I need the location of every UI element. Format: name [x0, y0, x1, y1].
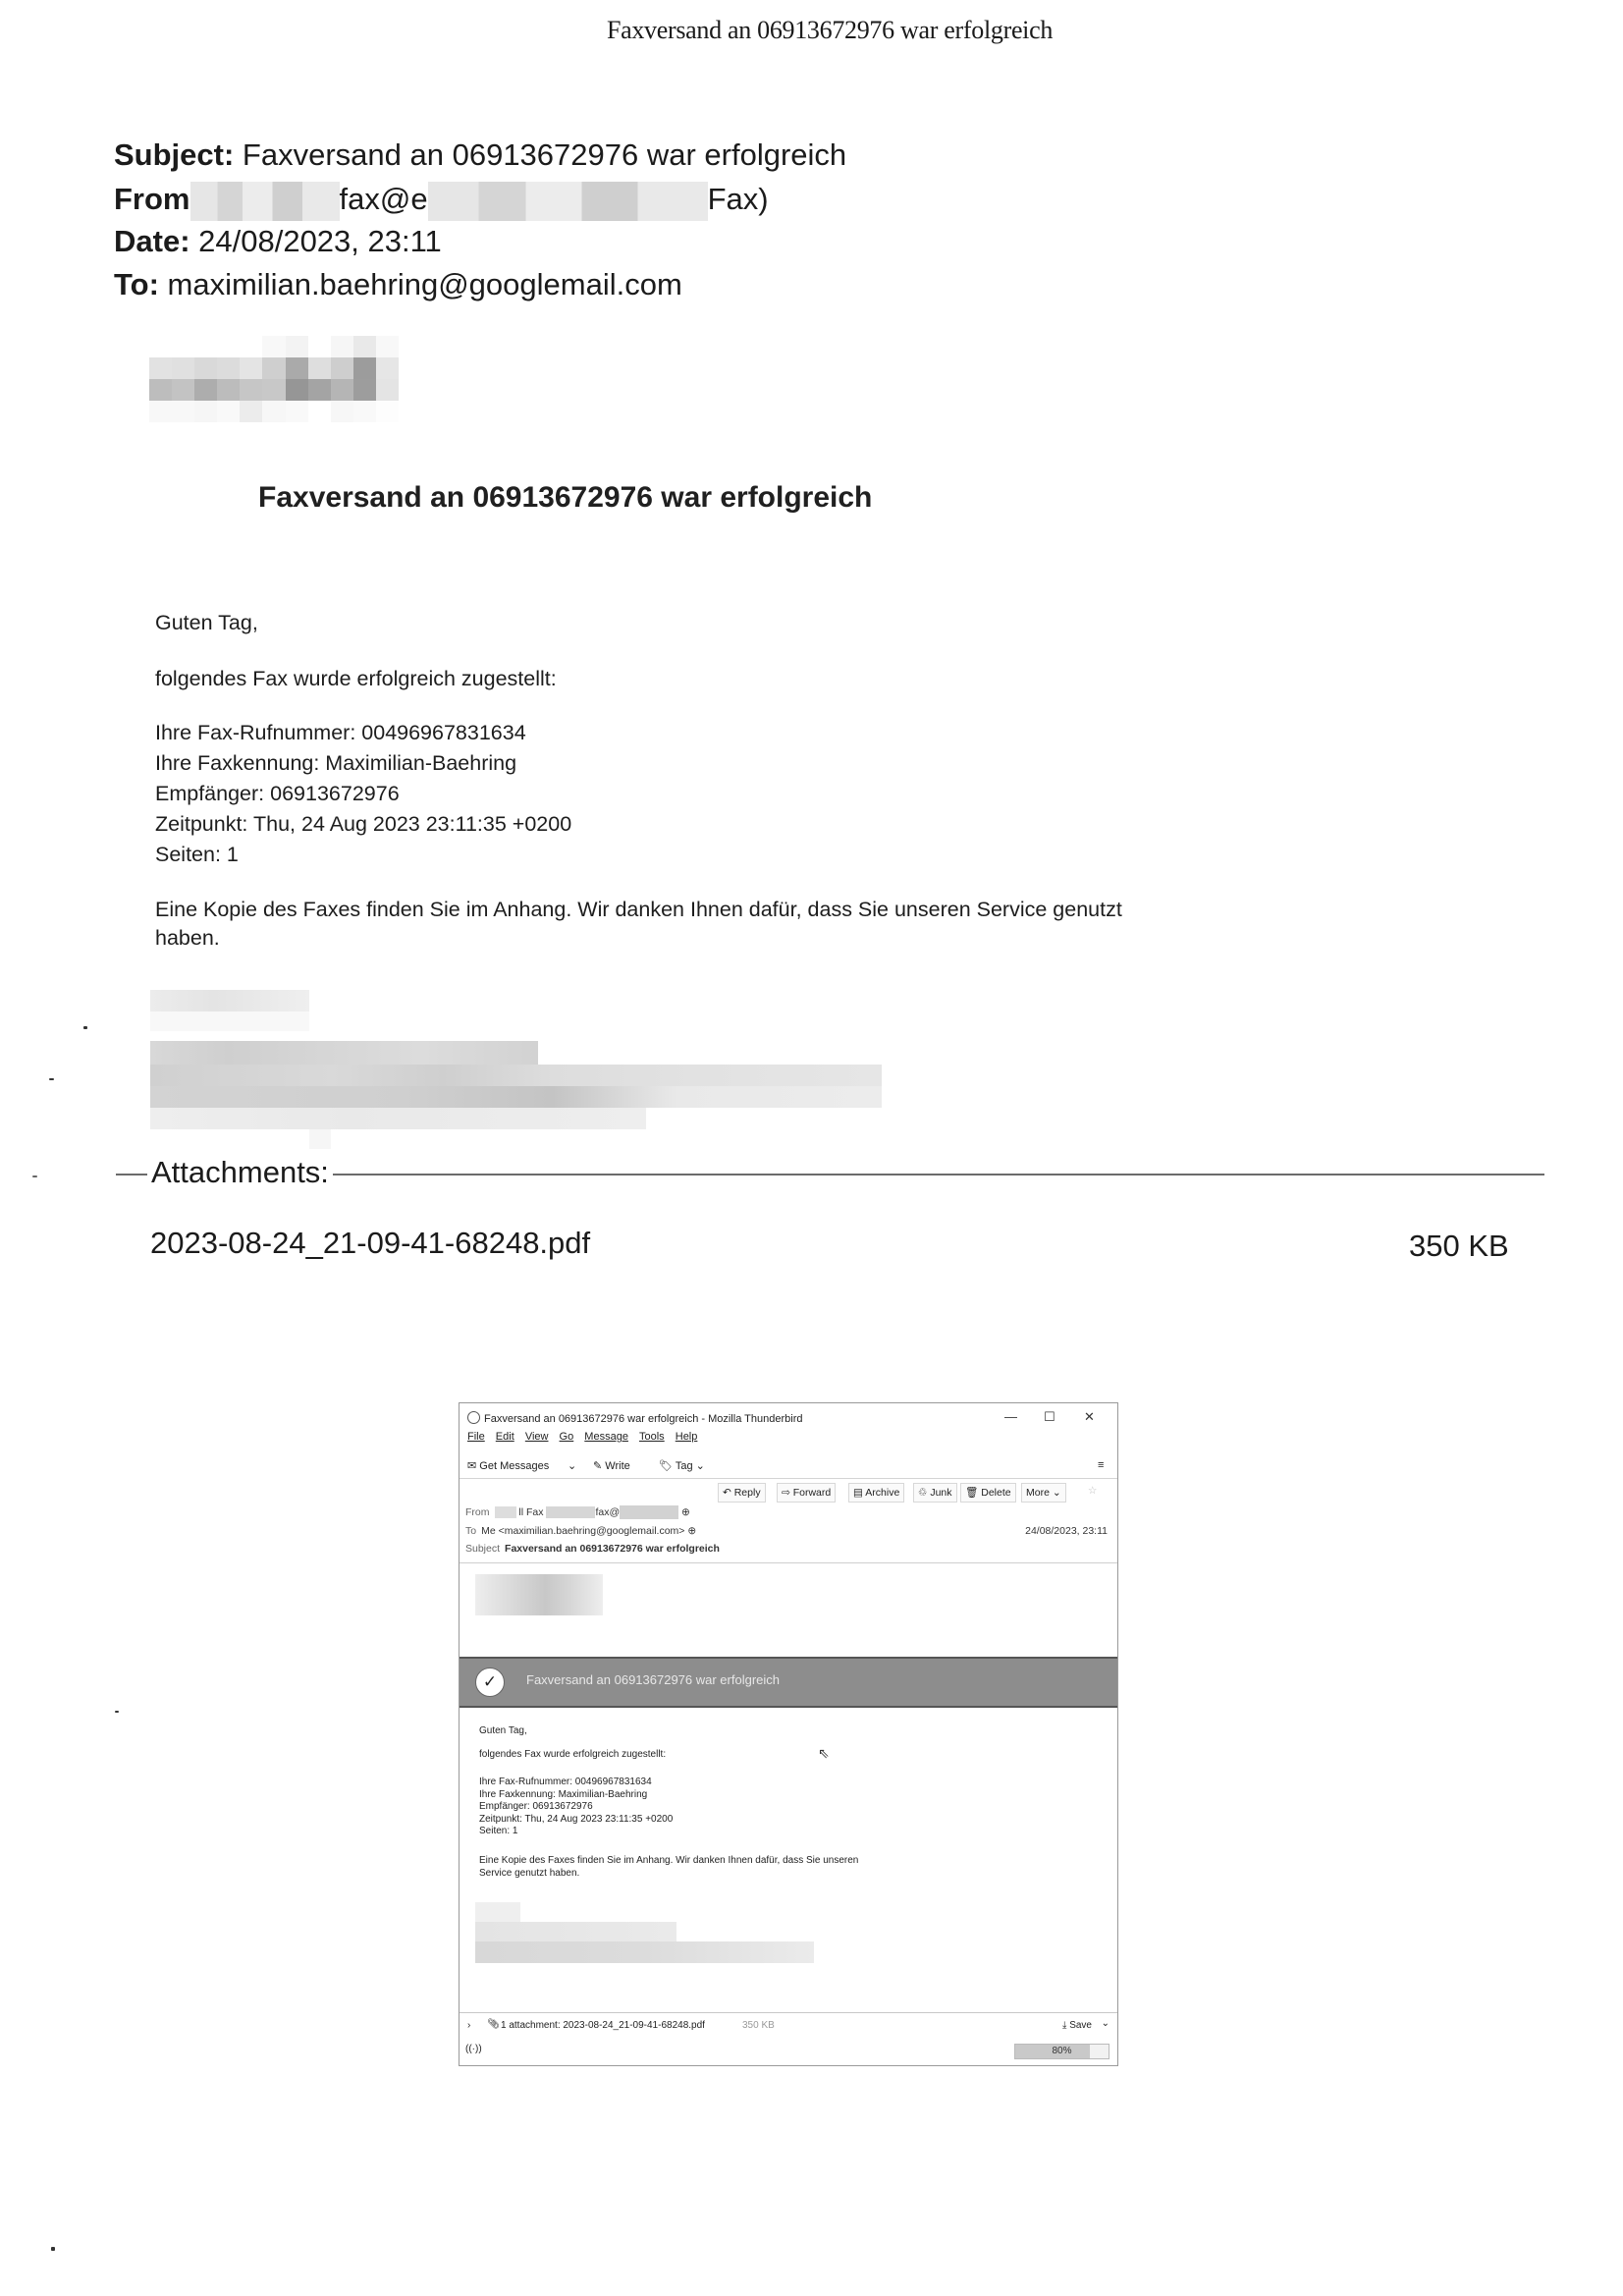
subject-label: Subject:: [114, 137, 234, 172]
menu-go[interactable]: Go: [560, 1431, 574, 1443]
more-button[interactable]: More ⌄: [1021, 1483, 1066, 1503]
header-date: Date: 24/08/2023, 23:11: [114, 220, 442, 263]
save-button[interactable]: ⤓ Save: [1062, 2020, 1092, 2031]
attachment-filename[interactable]: 2023-08-24_21-09-41-68248.pdf: [150, 1226, 590, 1261]
tb-subject-row: SubjectFaxversand an 06913672976 war erf…: [460, 1543, 1117, 1555]
envelope-icon: ✉: [467, 1460, 479, 1472]
from-value-part: fax@e: [340, 182, 428, 216]
body-heading: Faxversand an 06913672976 war erfolgreic…: [258, 481, 872, 515]
checkmark-icon: ✓: [475, 1667, 505, 1697]
tb-to-row: ToMe <maximilian.baehring@googlemail.com…: [460, 1525, 1117, 1537]
detail-pages: Seiten: 1: [155, 840, 571, 870]
menu-tools[interactable]: Tools: [639, 1431, 665, 1443]
attachment-summary[interactable]: 1 attachment: 2023-08-24_21-09-41-68248.…: [501, 2020, 705, 2031]
tb-from-row: From ll Fax fax@ ⊕: [460, 1505, 1117, 1519]
detail-fax-number: Ihre Fax-Rufnummer: 00496967831634: [155, 718, 571, 748]
scan-mark: [115, 1711, 119, 1713]
menu-file[interactable]: File: [467, 1431, 485, 1443]
progress-label: 80%: [1015, 2045, 1109, 2058]
redacted-signature: [150, 990, 896, 1157]
paperclip-icon: 📎︎: [487, 2019, 500, 2030]
scan-mark: [83, 1026, 87, 1029]
intro-text: folgendes Fax wurde erfolgreich zugestel…: [155, 664, 557, 694]
window-title: Faxversand an 06913672976 war erfolgreic…: [484, 1413, 802, 1425]
tb-to-value: Me <maximilian.baehring@googlemail.com>: [481, 1525, 684, 1537]
status-bar: ((·)) 80%: [460, 2040, 1117, 2063]
redacted-block: [428, 182, 708, 221]
menu-view[interactable]: View: [525, 1431, 549, 1443]
header-divider: [460, 1562, 1117, 1563]
detail-fax-id: Ihre Faxkennung: Maximilian-Baehring: [155, 748, 571, 779]
write-button[interactable]: ✎ Write: [593, 1459, 630, 1472]
expand-chevron-icon[interactable]: ›: [467, 2020, 470, 2031]
reply-button[interactable]: ↶ Reply: [718, 1483, 766, 1503]
archive-button[interactable]: ▤ Archive: [848, 1483, 904, 1503]
delete-button[interactable]: 🗑︎ Delete: [960, 1483, 1016, 1503]
closing-text: Eine Kopie des Faxes finden Sie im Anhan…: [155, 896, 1176, 953]
attachment-bar[interactable]: › 📎︎ 1 attachment: 2023-08-24_21-09-41-6…: [460, 2012, 1117, 2039]
save-dropdown-icon[interactable]: ⌄: [1102, 2018, 1109, 2029]
mouse-cursor-icon: ⇖: [818, 1745, 830, 1762]
banner-text: Faxversand an 06913672976 war erfolgreic…: [526, 1672, 780, 1687]
from-label: From: [114, 182, 190, 216]
thunderbird-screenshot: Faxversand an 06913672976 war erfolgreic…: [459, 1402, 1118, 2066]
subject-value: Faxversand an 06913672976 war erfolgreic…: [243, 137, 846, 172]
star-icon[interactable]: ☆: [1088, 1485, 1097, 1497]
tb-subject-value: Faxversand an 06913672976 war erfolgreic…: [505, 1543, 720, 1555]
to-label: To:: [114, 267, 159, 301]
redacted-logo: [149, 336, 399, 422]
tb-intro: folgendes Fax wurde erfolgreich zugestel…: [479, 1749, 666, 1762]
tb-closing: Eine Kopie des Faxes finden Sie im Anhan…: [479, 1855, 858, 1880]
online-status-icon[interactable]: ((·)): [465, 2044, 482, 2054]
print-header-title: Faxversand an 06913672976 war erfolgreic…: [0, 16, 1623, 45]
title-bar: Faxversand an 06913672976 war erfolgreic…: [460, 1407, 1117, 1429]
date-label: Date:: [114, 224, 190, 258]
attachment-bar-size: 350 KB: [742, 2020, 775, 2031]
redacted-signature: [475, 1902, 814, 1963]
redacted-block: [546, 1506, 595, 1518]
close-icon[interactable]: ✕: [1084, 1409, 1095, 1425]
tag-button[interactable]: 🏷︎ Tag ⌄: [659, 1459, 705, 1472]
junk-button[interactable]: ♲ Junk: [913, 1483, 957, 1503]
detail-recipient: Empfänger: 06913672976: [155, 779, 571, 809]
get-messages-dropdown-icon[interactable]: ⌄: [568, 1459, 576, 1472]
header-from: Fromfax@eFax): [114, 178, 769, 221]
menu-message[interactable]: Message: [584, 1431, 628, 1443]
attachment-size: 350 KB: [1409, 1229, 1509, 1264]
forward-button[interactable]: ⇨ Forward: [777, 1483, 836, 1503]
progress-bar: 80%: [1014, 2044, 1109, 2059]
pencil-icon: ✎: [593, 1460, 605, 1472]
greeting: Guten Tag,: [155, 608, 258, 638]
redacted-block: [190, 182, 340, 221]
main-toolbar: ✉ Get Messages ⌄ ✎ Write 🏷︎ Tag ⌄ ≡: [460, 1454, 1117, 1479]
thunderbird-logo-icon: [467, 1411, 480, 1424]
menu-help[interactable]: Help: [676, 1431, 698, 1443]
scan-mark: [51, 2247, 55, 2251]
menu-edit[interactable]: Edit: [496, 1431, 514, 1443]
date-value: 24/08/2023, 23:11: [198, 224, 442, 258]
minimize-icon[interactable]: —: [1004, 1409, 1017, 1424]
maximize-icon[interactable]: ☐: [1044, 1409, 1055, 1425]
tag-icon: 🏷︎: [659, 1460, 676, 1472]
detail-timestamp: Zeitpunkt: Thu, 24 Aug 2023 23:11:35 +02…: [155, 809, 571, 840]
attachments-label: Attachments:: [147, 1155, 333, 1190]
menu-bar: File Edit View Go Message Tools Help: [460, 1431, 1117, 1450]
get-messages-button[interactable]: ✉ Get Messages: [467, 1459, 549, 1472]
header-subject: Subject: Faxversand an 06913672976 war e…: [114, 134, 846, 177]
redacted-block: [495, 1506, 516, 1518]
app-menu-icon[interactable]: ≡: [1098, 1459, 1104, 1471]
redacted-block: [620, 1505, 678, 1519]
header-to: To: maximilian.baehring@googlemail.com: [114, 263, 682, 306]
to-value: maximilian.baehring@googlemail.com: [168, 267, 682, 301]
message-actions: ↶ Reply ⇨ Forward ▤ Archive ♲ Junk 🗑︎ De…: [460, 1483, 1117, 1504]
redacted-logo: [475, 1574, 603, 1615]
contact-icon[interactable]: ⊕: [687, 1525, 696, 1537]
tb-greeting: Guten Tag,: [479, 1725, 527, 1738]
scan-mark: [32, 1175, 37, 1177]
scan-mark: [49, 1078, 54, 1080]
tb-details: Ihre Fax-Rufnummer: 00496967831634 Ihre …: [479, 1777, 673, 1838]
fax-details: Ihre Fax-Rufnummer: 00496967831634 Ihre …: [155, 718, 571, 870]
from-value-part: Fax): [708, 182, 769, 216]
success-banner: ✓ Faxversand an 06913672976 war erfolgre…: [460, 1657, 1117, 1708]
contact-icon[interactable]: ⊕: [681, 1506, 690, 1518]
tb-date: 24/08/2023, 23:11: [1025, 1525, 1108, 1537]
